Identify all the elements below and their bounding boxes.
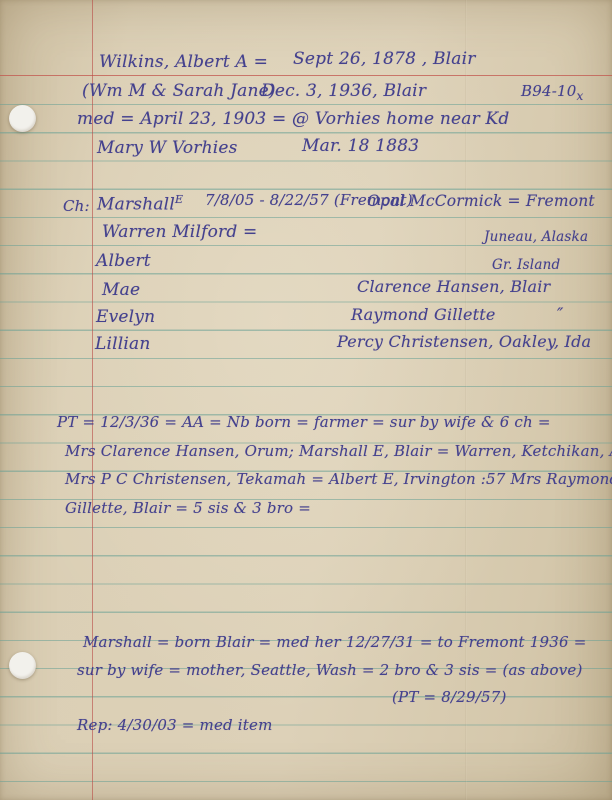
rep-line: Rep: 4/30/03 = med item xyxy=(77,716,273,734)
child-residence: Gr. Island xyxy=(492,257,560,273)
hole-punch-bottom xyxy=(9,652,36,679)
obit-note-line-1: PT = 12/3/36 = AA = Nb born = farmer = s… xyxy=(57,413,551,431)
reference-code: B94-10x xyxy=(521,82,583,103)
reference-code-main: B94-10 xyxy=(521,82,576,100)
marshall-note-line-1: Marshall = born Blair = med her 12/27/31… xyxy=(83,633,586,651)
child-spouse: Opal McCormick = Fremont xyxy=(367,192,595,210)
children-label: Ch: xyxy=(63,197,90,215)
obit-note-line-2: Mrs Clarence Hansen, Orum; Marshall E, B… xyxy=(65,442,612,460)
child-name-superscript: E xyxy=(175,193,183,206)
child-name: MarshallE xyxy=(97,193,183,215)
child-name: Warren Milford = xyxy=(102,222,257,242)
child-name-text: Marshall xyxy=(97,195,175,215)
notebook-page: Wilkins, Albert A = Sept 26, 1878 , Blai… xyxy=(0,0,612,800)
child-spouse: Clarence Hansen, Blair xyxy=(357,277,550,296)
spouse-birth-date: Mar. 18 1883 xyxy=(302,136,419,156)
child-spouse: Percy Christensen, Oakley, Ida xyxy=(337,332,591,351)
child-name: Mae xyxy=(102,280,140,300)
child-name: Evelyn xyxy=(96,307,155,327)
child-name: Lillian xyxy=(95,334,151,354)
obit-note-line-4: Gillette, Blair = 5 sis & 3 bro = xyxy=(65,499,311,517)
spouse-name: Mary W Vorhies xyxy=(97,138,238,158)
entry-birth-date: Sept 26, 1878 , Blair xyxy=(293,49,476,69)
entry-name: Wilkins, Albert A = xyxy=(99,52,268,72)
child-spouse: Raymond Gillette xyxy=(351,305,496,324)
child-residence: Juneau, Alaska xyxy=(484,229,588,245)
reference-code-sub: x xyxy=(576,89,583,103)
entry-parents: (Wm M & Sarah Jane) xyxy=(82,81,276,101)
entry-marriage: med = April 23, 1903 = @ Vorhies home ne… xyxy=(77,109,510,129)
source-citation: (PT = 8/29/57) xyxy=(392,688,507,706)
marshall-note-line-2: sur by wife = mother, Seattle, Wash = 2 … xyxy=(77,661,583,679)
hole-punch-top xyxy=(9,105,36,132)
ditto-mark: ″ xyxy=(557,305,564,325)
obit-note-line-3: Mrs P C Christensen, Tekamah = Albert E,… xyxy=(65,470,612,488)
entry-death-date: Dec. 3, 1936, Blair xyxy=(261,81,426,101)
child-name: Albert xyxy=(96,251,151,271)
